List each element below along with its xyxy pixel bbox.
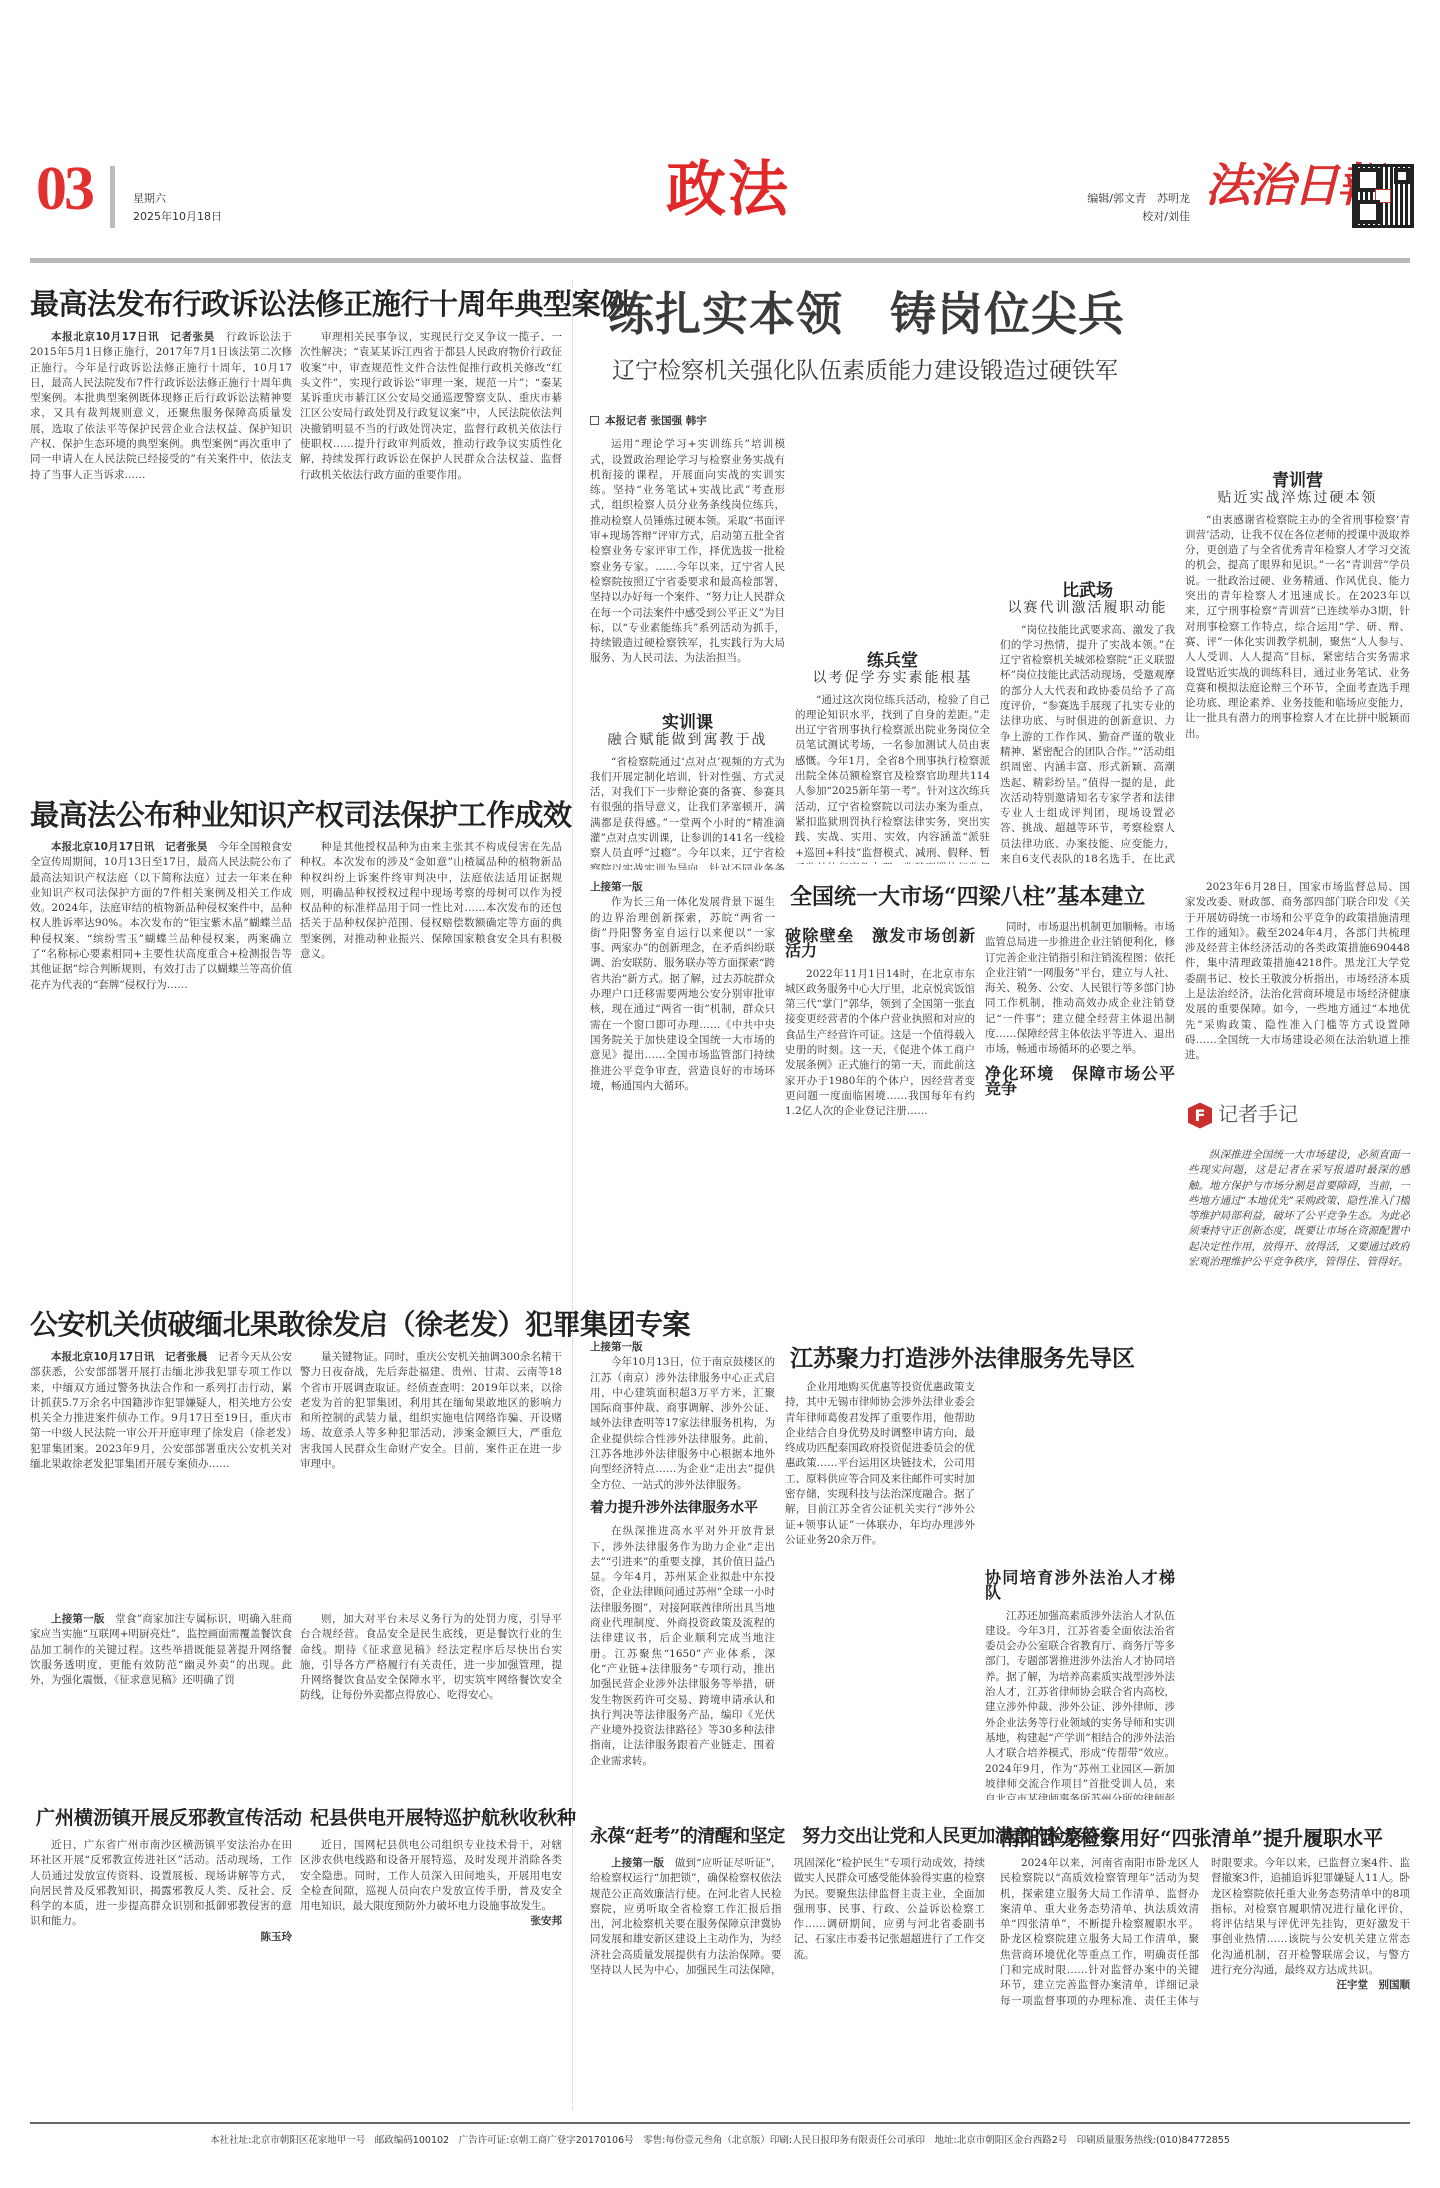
- section-subhead: 以赛代训激活履职动能: [1000, 601, 1175, 616]
- dateline: 本报北京10月17日讯 记者张晨: [51, 1351, 207, 1363]
- section-head: 练兵堂: [795, 654, 990, 669]
- section-head: 净化环境 保障市场公平竞争: [985, 1066, 1175, 1097]
- article-title[interactable]: 公安机关侦破缅北果敢徐发启（徐老发）犯罪集团专案: [30, 1303, 690, 1343]
- article-body: 上接第一版 做到“应听证尽听证”，给检察权运行“加把锁”，确保检察权依法规范公正…: [590, 1856, 985, 2116]
- article-body-col1: 本报北京10月17日讯 记者张晨 记者今天从公安部获悉，公安部部署开展打击缅北涉…: [30, 1350, 292, 1590]
- byline: 本报记者 张国强 韩宇: [590, 414, 785, 429]
- section-head: 比武场: [1000, 584, 1175, 599]
- lead-subheadline: 辽宁检察机关强化队伍素质能力建设锻造过硬铁军: [612, 352, 1118, 385]
- continued-label: 上接第一版: [590, 1340, 775, 1355]
- lead-col4: 青训营 贴近实战淬炼过硬本领 “由衷感谢省检察院主办的全省刑事检察‘青训营’活动…: [1185, 414, 1410, 864]
- article-body-col2: 审理相关民事争议，实现民行交叉争议一揽子、一次性解决；“袁某某诉江西省于都县人民…: [300, 330, 562, 770]
- jiangsu-col2: 企业用地购买优惠等投资优惠政策支持，其中无锡市律师协会涉外法律业委会青年律师葛俊…: [785, 1380, 975, 1800]
- market-col1: 上接第一版 作为长三角一体化发展背景下诞生的边界治理创新探索，苏皖“两省一街”丹…: [590, 880, 775, 1280]
- section-subhead: 融合赋能做到寓教于战: [590, 733, 785, 748]
- issue-date: 2025年10月18日: [133, 208, 222, 224]
- section-head: 协同培育涉外法治人才梯队: [985, 1570, 1175, 1601]
- reporter-note-label: F记者手记: [1188, 1098, 1298, 1129]
- article-title[interactable]: 广州横沥镇开展反邪教宣传活动: [36, 1803, 302, 1830]
- article-body-col1: 本报北京10月17日讯 记者张昊 行政诉讼法于2015年5月1日修正施行，201…: [30, 330, 292, 770]
- note-f-icon: F: [1188, 1103, 1212, 1129]
- article-body-col1: 上接第一版 堂食”商家加注专属标识，明确入驻商家应当实施“互联网+明厨亮灶”，监…: [30, 1612, 292, 1752]
- lead-col3: 比武场 以赛代训激活履职动能 “岗位技能比武要求高、激发了我们的学习热情，提升了…: [1000, 414, 1175, 864]
- byline-box-icon: [590, 416, 599, 425]
- article-body-col2: 种是其他授权品种为由来主张其不构成侵害在先品种权。本次发布的涉及“金如意”山楂属…: [300, 840, 562, 1270]
- page-number: 03: [36, 158, 92, 220]
- dateline: 本报北京10月17日讯 记者张昊: [51, 331, 215, 343]
- article-body-col2: 则，加大对平台未尽义务行为的处罚力度，引导平台合规经营。食品安全是民生底线，更是…: [300, 1612, 562, 1752]
- signature: 陈玉玲: [30, 1930, 292, 1945]
- editors: 编辑/郭文青 苏明龙: [1087, 190, 1190, 208]
- lead-headline[interactable]: 练扎实本领 铸岗位尖兵: [608, 278, 1125, 344]
- article-body: 近日，广东省广州市南沙区横沥镇平安法治办在田环社区开展“反邪教宣传进社区”活动。…: [30, 1838, 292, 2108]
- lead-section-training: 实训课 融合赋能做到寓教于战 “省检察院通过‘点对点’视频的方式为我们开展定制化…: [590, 710, 785, 870]
- article-title[interactable]: 最高法公布种业知识产权司法保护工作成效: [30, 793, 572, 834]
- article-body-col1: 本报北京10月17日讯 记者张昊 今年全国粮食安全宣传周期间，10月13日至17…: [30, 840, 292, 1270]
- header-rule: [30, 258, 1410, 263]
- article-body: 2024年以来，河南省南阳市卧龙区人民检察院以“高质效检察管理年”活动为契机，探…: [1000, 1856, 1410, 2116]
- reporter-note-text: 纵深推进全国统一大市场建设，必须直面一些现实问题，这是记者在采写报道时最深的感触…: [1188, 1148, 1410, 1288]
- section-subhead: 以考促学夯实素能根基: [795, 671, 990, 686]
- dateline: 本报北京10月17日讯 记者张昊: [51, 841, 207, 853]
- qr-code-icon[interactable]: [1352, 164, 1414, 228]
- continued-label: 上接第一版: [51, 1613, 105, 1625]
- footer-rule: [30, 2122, 1410, 2124]
- section-head: 青训营: [1185, 474, 1410, 489]
- header-divider: [110, 166, 115, 228]
- section-head: 破除壁垒 激发市场创新活力: [785, 928, 975, 959]
- editors-credit: 编辑/郭文青 苏明龙 校对/刘佳: [1087, 190, 1190, 226]
- article-title[interactable]: 全国统一大市场“四梁八柱”基本建立: [790, 880, 1145, 911]
- jiangsu-col1: 上接第一版 今年10月13日，位于南京鼓楼区的江苏（南京）涉外法律服务中心正式启…: [590, 1340, 775, 1800]
- section-head: 着力提升涉外法律服务水平: [590, 1501, 775, 1516]
- weekday: 星期六: [133, 190, 166, 206]
- continued-label: 上接第一版: [611, 1857, 664, 1869]
- article-title[interactable]: 杞县供电开展特巡护航秋收秋种: [310, 1803, 576, 1830]
- footer-imprint: 本社社址:北京市朝阳区花家地甲一号 邮政编码100102 广告许可证:京朝工商广…: [0, 2132, 1440, 2146]
- section-subhead: 贴近实战淬炼过硬本领: [1185, 491, 1410, 506]
- article-body: 近日，国网杞县供电公司组织专业技术骨干，对辖区涉农供电线路和设备开展特巡，及时发…: [300, 1838, 562, 2108]
- section-head: 实训课: [590, 716, 785, 731]
- market-col2: 破除壁垒 激发市场创新活力 2022年11月1日14时，在北京市东城区政务服务中…: [785, 920, 975, 1280]
- market-col4: 2023年6月28日，国家市场监督总局、国家发改委、财政部、商务部四部门联合印发…: [1185, 880, 1410, 1080]
- article-title[interactable]: 南阳卧龙检察用好“四张清单”提升履职水平: [1000, 1822, 1383, 1851]
- column-divider: [572, 280, 573, 2110]
- article-title[interactable]: 江苏聚力打造涉外法律服务先导区: [790, 1340, 1135, 1373]
- signature: 汪宇堂 别国顺: [1211, 1978, 1410, 1993]
- lead-col2: 练兵堂 以考促学夯实素能根基 “通过这次岗位练兵活动，检验了自己的理论知识水平，…: [795, 414, 990, 864]
- proofreader: 校对/刘佳: [1087, 208, 1190, 226]
- article-body-col2: 量关键物证。同时，重庆公安机关抽调300余名精干警力日夜奋战，先后奔赴福建、贵州…: [300, 1350, 562, 1590]
- article-title[interactable]: 最高法发布行政诉讼法修正施行十周年典型案例: [30, 282, 629, 323]
- market-col3: 同时，市场退出机制更加顺畅。市场监管总局进一步推进企业注销便利化，修订完善企业注…: [985, 920, 1175, 1280]
- section-title: 政法: [666, 160, 790, 220]
- signature: 张安邦: [300, 1914, 562, 1929]
- continued-label: 上接第一版: [590, 880, 775, 895]
- jiangsu-col3: 协同培育涉外法治人才梯队 江苏还加强高素质涉外法治人才队伍建设。今年3月，江苏省…: [985, 1380, 1175, 1800]
